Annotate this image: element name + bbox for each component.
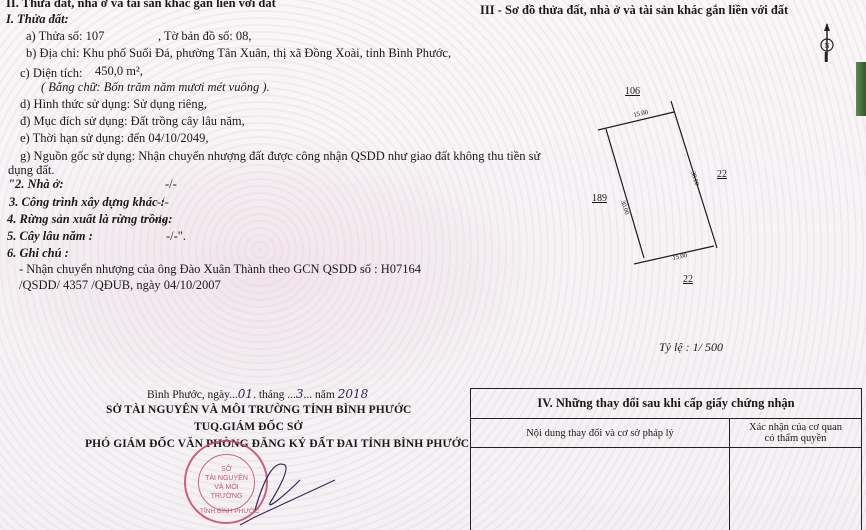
- signer-role-1: TUQ.GIÁM ĐỐC SỞ: [194, 421, 303, 433]
- changes-table-header: Nội dung thay đổi và cơ sở pháp lý Xác n…: [471, 419, 861, 448]
- perennial-trees-value: -/-".: [166, 229, 186, 244]
- notes-heading: 6. Ghi chú :: [7, 246, 69, 261]
- parcel-heading: I. Thửa đất:: [6, 12, 69, 27]
- edge-top-length: 15.00: [633, 109, 649, 119]
- section-2-title: II. Thửa đất, nhà ở và tài sản khác gắn …: [6, 0, 276, 11]
- col-authority-confirmation: Xác nhận của cơ quan có thẩm quyền: [730, 419, 861, 447]
- house-value: -/-: [165, 177, 177, 192]
- neighbor-parcel-right: 22: [717, 169, 727, 180]
- col-authority-line2: có thẩm quyền: [765, 433, 827, 444]
- usage-origin-line1: g) Nguồn gốc sử dụng: Nhận chuyển nhượng…: [20, 149, 540, 164]
- authority-cell: [730, 448, 861, 530]
- issue-date: Bình Phước, ngày...01. tháng ...3... năm…: [147, 387, 368, 401]
- changes-table: IV. Những thay đổi sau khi cấp giấy chứn…: [470, 388, 862, 530]
- north-arrow-icon: N: [812, 22, 842, 64]
- neighbor-parcel-left: 189: [592, 193, 607, 204]
- changes-table-body: [471, 448, 861, 530]
- edge-left-length: 30.00: [619, 200, 630, 216]
- background-edge: [856, 62, 866, 116]
- signature-mark: [215, 455, 345, 530]
- usage-origin-line2: dụng đất.: [8, 163, 55, 178]
- other-works-value: -/-: [157, 195, 169, 210]
- neighbor-parcel-bottom: 22: [683, 274, 693, 285]
- parcel-diagram: 15.00 15.00 30.00 30.00: [560, 80, 760, 300]
- usage-term: e) Thời hạn sử dụng: đến 04/10/2049,: [20, 131, 208, 146]
- issuing-organization: SỞ TÀI NGUYÊN VÀ MÔI TRƯỜNG TỈNH BÌNH PH…: [106, 404, 411, 416]
- plantation-forest-value: -/-: [154, 212, 166, 227]
- notes-line1: - Nhận chuyển nhượng của ông Đào Xuân Th…: [19, 262, 421, 277]
- svg-text:N: N: [824, 42, 829, 50]
- date-day: 01: [238, 387, 253, 401]
- other-works-label: 3. Công trình xây dựng khác :: [9, 195, 165, 210]
- address: b) Địa chỉ: Khu phố Suối Đá, phường Tân …: [26, 46, 451, 61]
- area-in-words: ( Bằng chữ: Bốn trăm năm mươi mét vuông …: [41, 80, 270, 95]
- edge-right-length: 30.00: [689, 171, 700, 187]
- signer-role-2: PHÓ GIÁM ĐỐC VĂN PHÒNG ĐĂNG KÝ ĐẤT ĐAI T…: [85, 438, 469, 450]
- col-change-content: Nội dung thay đổi và cơ sở pháp lý: [471, 419, 730, 447]
- area-value: 450,0 m²,: [95, 64, 143, 79]
- neighbor-parcel-top: 106: [625, 86, 640, 97]
- map-scale: Tỷ lệ : 1/ 500: [659, 340, 723, 355]
- date-month-prefix: . tháng ...: [253, 389, 296, 401]
- edge-bottom-length: 15.00: [672, 252, 688, 262]
- section-4-title: IV. Những thay đổi sau khi cấp giấy chứn…: [471, 389, 861, 419]
- date-year-prefix: ... năm: [304, 389, 335, 401]
- date-prefix: Bình Phước, ngày...: [147, 389, 238, 401]
- notes-line2: /QSDD/ 4357 /QĐUB, ngày 04/10/2007: [19, 278, 221, 293]
- col-authority-line1: Xác nhận của cơ quan: [749, 422, 842, 433]
- date-year: 2018: [338, 387, 369, 401]
- usage-purpose: đ) Mục đích sử dụng: Đất trồng cây lâu n…: [20, 114, 245, 129]
- usage-form: d) Hình thức sử dụng: Sử dụng riêng,: [20, 97, 207, 112]
- house-label: "2. Nhà ở:: [8, 177, 64, 192]
- date-month: 3: [296, 387, 304, 401]
- parcel-number: a) Thửa số: 107: [26, 29, 104, 44]
- perennial-trees-label: 5. Cây lâu năm :: [7, 229, 93, 244]
- section-3-title: III - Sơ đồ thửa đất, nhà ở và tài sản k…: [480, 3, 788, 18]
- change-content-cell: [471, 448, 730, 530]
- area-label: c) Diện tích:: [20, 66, 82, 81]
- plantation-forest-label: 4. Rừng sản xuất là rừng trồng:: [7, 212, 172, 227]
- map-sheet-number: , Tờ bản đồ số: 08,: [158, 29, 252, 44]
